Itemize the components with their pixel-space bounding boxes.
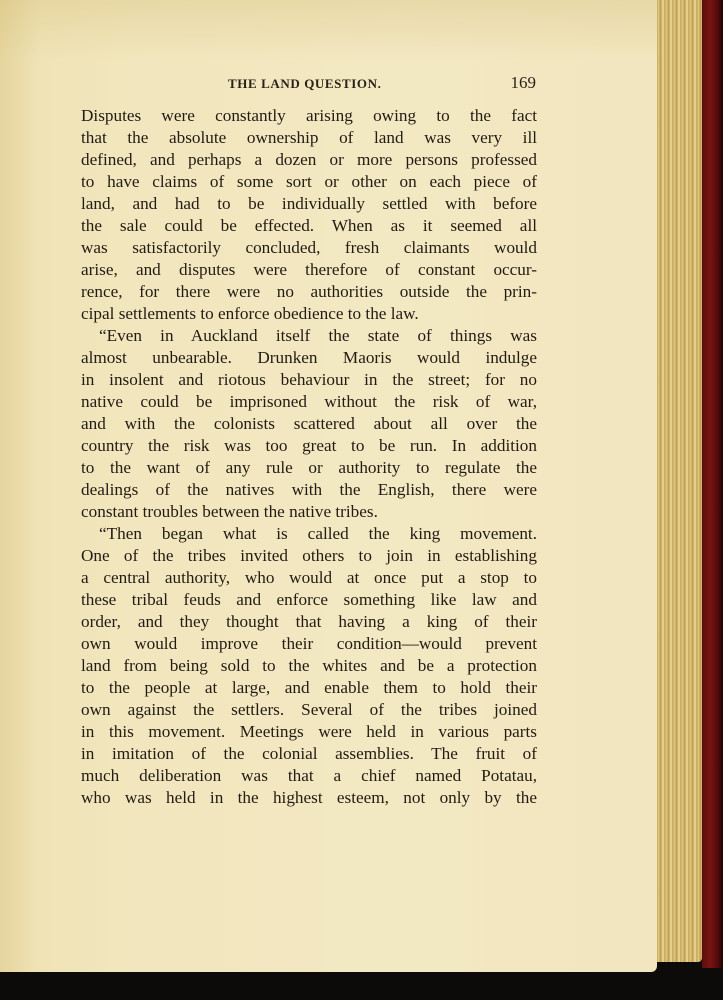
- text-line: a central authority, who would at once p…: [81, 567, 537, 589]
- text-line: in imitation of the colonial assemblies.…: [81, 743, 537, 765]
- text-line: these tribal feuds and enforce something…: [81, 589, 537, 611]
- text-line: One of the tribes invited others to join…: [81, 545, 537, 567]
- text-line: dealings of the natives with the English…: [81, 479, 537, 501]
- text-line: country the risk was too great to be run…: [81, 435, 537, 457]
- text-line: land from being sold to the whites and b…: [81, 655, 537, 677]
- book-cover-edge: [702, 0, 723, 968]
- text-line: own against the settlers. Several of the…: [81, 699, 537, 721]
- text-line: the sale could be effected. When as it s…: [81, 215, 537, 237]
- book-page: THE LAND QUESTION. 169 Disputes were con…: [0, 0, 657, 972]
- text-line: own would improve their condition—would …: [81, 633, 537, 655]
- text-line: Disputes were constantly arising owing t…: [81, 105, 537, 127]
- running-title: THE LAND QUESTION.: [228, 76, 381, 92]
- text-line: almost unbearable. Drunken Maoris would …: [81, 347, 537, 369]
- text-line: was satisfactorily concluded, fresh clai…: [81, 237, 537, 259]
- text-line: cipal settlements to enforce obedience t…: [81, 303, 537, 325]
- text-line: native could be imprisoned without the r…: [81, 391, 537, 413]
- text-line: constant troubles between the native tri…: [81, 501, 537, 523]
- body-text: Disputes were constantly arising owing t…: [81, 105, 537, 809]
- page-shadow-left: [0, 0, 40, 972]
- gilt-page-edges: [657, 0, 702, 962]
- text-line: to have claims of some sort or other on …: [81, 171, 537, 193]
- text-line: land, and had to be individually settled…: [81, 193, 537, 215]
- text-line: who was held in the highest esteem, not …: [81, 787, 537, 809]
- text-line: “Even in Auckland itself the state of th…: [81, 325, 537, 347]
- text-line: arise, and disputes were therefore of co…: [81, 259, 537, 281]
- text-line: that the absolute ownership of land was …: [81, 127, 537, 149]
- page-header: THE LAND QUESTION. 169: [80, 76, 536, 96]
- text-line: to the people at large, and enable them …: [81, 677, 537, 699]
- text-line: defined, and perhaps a dozen or more per…: [81, 149, 537, 171]
- text-line: in this movement. Meetings were held in …: [81, 721, 537, 743]
- text-line: in insolent and riotous behaviour in the…: [81, 369, 537, 391]
- text-line: “Then began what is called the king move…: [81, 523, 537, 545]
- page-shadow-top: [0, 0, 657, 60]
- text-line: and with the colonists scattered about a…: [81, 413, 537, 435]
- page-number: 169: [511, 73, 537, 93]
- text-line: rence, for there were no authorities out…: [81, 281, 537, 303]
- text-line: to the want of any rule or authority to …: [81, 457, 537, 479]
- text-line: order, and they thought that having a ki…: [81, 611, 537, 633]
- text-line: much deliberation was that a chief named…: [81, 765, 537, 787]
